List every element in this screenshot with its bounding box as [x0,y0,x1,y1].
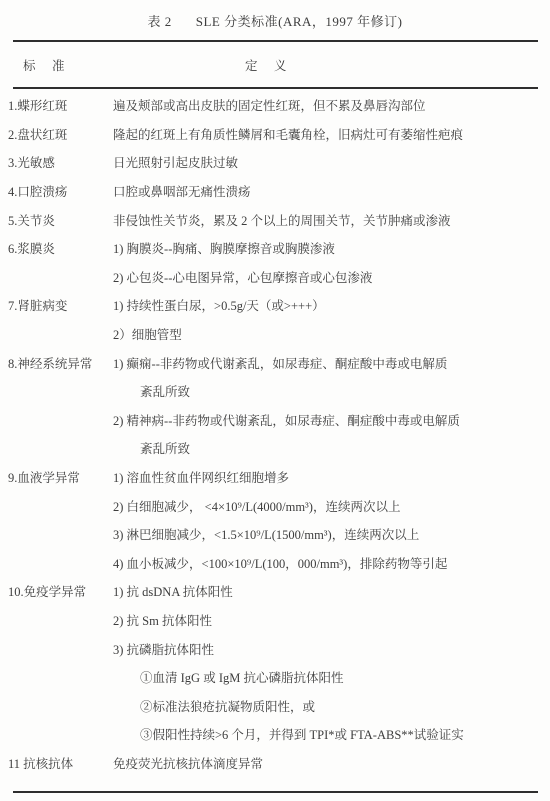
table-row: 10.免疫学异常1) 抗 dsDNA 抗体阳性2) 抗 Sm 抗体阳性3) 抗磷… [0,577,550,749]
document-page: 表 2 SLE 分类标准(ARA，1997 年修订) 标 准 定 义 1.蝶形红… [0,0,550,801]
table-row: 2.盘状红斑隆起的红斑上有角质性鳞屑和毛囊角栓，旧病灶可有萎缩性疤痕 [0,120,550,149]
definition-line: 2) 心包炎--心电图异常，心包摩擦音或心包渗液 [113,263,550,292]
definition-line: ①血清 IgG 或 IgM 抗心磷脂抗体阳性 [113,663,550,692]
table-title: SLE 分类标准(ARA，1997 年修订) [196,11,403,30]
table-row: 7.肾脏病变1) 持续性蛋白尿，>0.5g/天（或>+++）2）细胞管型 [0,291,550,348]
definition-line: 非侵蚀性关节炎，累及 2 个以上的周围关节，关节肿痛或渗液 [113,205,550,234]
definition-line: 3) 抗磷脂抗体阳性 [113,634,550,663]
table-row: 9.血液学异常1) 溶血性贫血伴网织红细胞增多2) 白细胞减少， <4×10⁹/… [0,463,550,577]
criterion-cell: 4.口腔溃疡 [0,177,113,206]
table-row: 3.光敏感日光照射引起皮肤过敏 [0,148,550,177]
criterion-cell: 9.血液学异常 [0,463,113,492]
definition-cell: 1) 溶血性贫血伴网织红细胞增多2) 白细胞减少， <4×10⁹/L(4000/… [113,463,550,577]
column-header-definition: 定 义 [245,56,289,74]
criterion-cell: 8.神经系统异常 [0,348,113,377]
definition-cell: 1) 持续性蛋白尿，>0.5g/天（或>+++）2）细胞管型 [113,291,550,348]
table-row: 6.浆膜炎1) 胸膜炎--胸痛、胸膜摩擦音或胸膜渗液2) 心包炎--心电图异常，… [0,234,550,291]
table-row: 11 抗核抗体免疫荧光抗核抗体滴度异常 [0,749,550,778]
table-caption: 表 2 SLE 分类标准(ARA，1997 年修订) [0,0,550,40]
definition-cell: 1) 胸膜炎--胸痛、胸膜摩擦音或胸膜渗液2) 心包炎--心电图异常，心包摩擦音… [113,234,550,291]
definition-line: 遍及颊部或高出皮肤的固定性红斑，但不累及鼻唇沟部位 [113,91,550,120]
definition-line: 3) 淋巴细胞减少，<1.5×10⁹/L(1500/mm³)，连续两次以上 [113,520,550,549]
definition-line: 2) 白细胞减少， <4×10⁹/L(4000/mm³)，连续两次以上 [113,491,550,520]
definition-cell: 日光照射引起皮肤过敏 [113,148,550,177]
definition-cell: 1) 抗 dsDNA 抗体阳性2) 抗 Sm 抗体阳性3) 抗磷脂抗体阳性①血清… [113,577,550,749]
definition-cell: 隆起的红斑上有角质性鳞屑和毛囊角栓，旧病灶可有萎缩性疤痕 [113,120,550,149]
table-number-label: 表 2 [148,11,172,30]
definition-line: 紊乱所致 [113,434,550,463]
table-row: 8.神经系统异常1) 癫痫--非药物或代谢紊乱，如尿毒症、酮症酸中毒或电解质紊乱… [0,348,550,462]
column-header-criteria: 标 准 [23,56,67,74]
definition-cell: 口腔或鼻咽部无痛性溃疡 [113,177,550,206]
definition-line: 1) 胸膜炎--胸痛、胸膜摩擦音或胸膜渗液 [113,234,550,263]
definition-cell: 非侵蚀性关节炎，累及 2 个以上的周围关节，关节肿痛或渗液 [113,205,550,234]
table-row: 1.蝶形红斑遍及颊部或高出皮肤的固定性红斑，但不累及鼻唇沟部位 [0,91,550,120]
table-header-row: 标 准 定 义 [0,42,550,87]
table-row: 4.口腔溃疡口腔或鼻咽部无痛性溃疡 [0,177,550,206]
criterion-cell: 10.免疫学异常 [0,577,113,606]
table-body: 1.蝶形红斑遍及颊部或高出皮肤的固定性红斑，但不累及鼻唇沟部位2.盘状红斑隆起的… [0,89,550,791]
table-row: 5.关节炎非侵蚀性关节炎，累及 2 个以上的周围关节，关节肿痛或渗液 [0,205,550,234]
criterion-cell: 6.浆膜炎 [0,234,113,263]
definition-line: 隆起的红斑上有角质性鳞屑和毛囊角栓，旧病灶可有萎缩性疤痕 [113,120,550,149]
definition-cell: 遍及颊部或高出皮肤的固定性红斑，但不累及鼻唇沟部位 [113,91,550,120]
definition-line: 1) 持续性蛋白尿，>0.5g/天（或>+++） [113,291,550,320]
definition-line: 2) 抗 Sm 抗体阳性 [113,606,550,635]
definition-line: 1) 溶血性贫血伴网织红细胞增多 [113,463,550,492]
criterion-cell: 11 抗核抗体 [0,749,113,778]
definition-cell: 1) 癫痫--非药物或代谢紊乱，如尿毒症、酮症酸中毒或电解质紊乱所致2) 精神病… [113,348,550,462]
definition-line: 2) 精神病--非药物或代谢紊乱，如尿毒症、酮症酸中毒或电解质 [113,406,550,435]
definition-line: 口腔或鼻咽部无痛性溃疡 [113,177,550,206]
definition-line: 1) 癫痫--非药物或代谢紊乱，如尿毒症、酮症酸中毒或电解质 [113,348,550,377]
criterion-cell: 1.蝶形红斑 [0,91,113,120]
criterion-cell: 2.盘状红斑 [0,120,113,149]
bottom-rule [13,791,538,793]
criterion-cell: 3.光敏感 [0,148,113,177]
criterion-cell: 5.关节炎 [0,205,113,234]
definition-line: 紊乱所致 [113,377,550,406]
definition-cell: 免疫荧光抗核抗体滴度异常 [113,749,550,778]
definition-line: ②标准法狼疮抗凝物质阳性，或 [113,691,550,720]
definition-line: 1) 抗 dsDNA 抗体阳性 [113,577,550,606]
definition-line: 2）细胞管型 [113,320,550,349]
definition-line: 4) 血小板减少，<100×10⁹/L(100，000/mm³)，排除药物等引起 [113,549,550,578]
criterion-cell: 7.肾脏病变 [0,291,113,320]
definition-line: 免疫荧光抗核抗体滴度异常 [113,749,550,778]
definition-line: ③假阳性持续>6 个月，并得到 TPI*或 FTA-ABS**试验证实 [113,720,550,749]
definition-line: 日光照射引起皮肤过敏 [113,148,550,177]
